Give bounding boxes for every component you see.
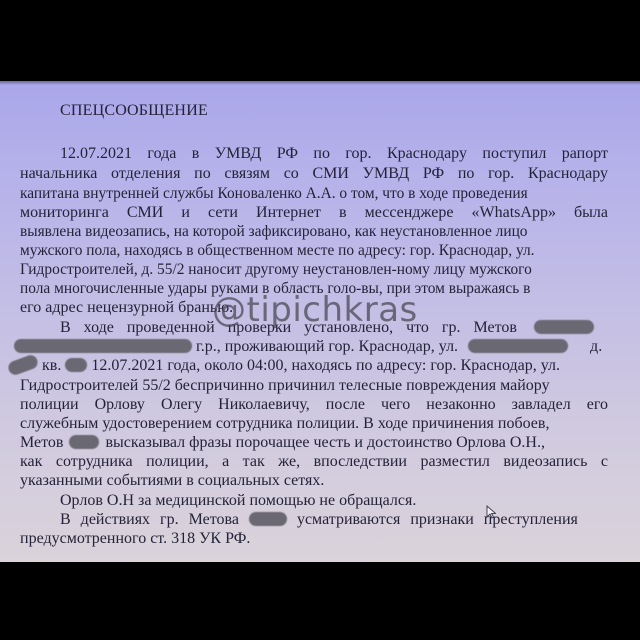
document-title: СПЕЦСООБЩЕНИЕ <box>60 101 208 120</box>
paragraph-line: В действиях гр. Метова усматриваются при… <box>60 510 578 529</box>
line-text: кв. <box>42 357 61 374</box>
paragraph-line: Метов высказывал фразы порочащее честь и… <box>20 433 545 452</box>
redaction <box>7 353 40 376</box>
paragraph-line: Гидростроителей 55/2 беспричинно причини… <box>20 376 550 395</box>
paragraph-line: служебным удостоверением сотрудника поли… <box>20 414 549 433</box>
redaction <box>14 339 192 353</box>
paragraph-line: капитана внутренней службы Коноваленко А… <box>20 184 528 203</box>
paragraph-line: кв. 12.07.2021 года, около 04:00, находя… <box>8 356 560 375</box>
redaction <box>249 512 287 526</box>
line-text: Метов <box>20 434 63 451</box>
line-text: В действиях гр. Метова <box>60 511 239 528</box>
paragraph-line: выявлена видеозапись, на которой зафикси… <box>20 222 528 241</box>
paragraph-line: г.р., проживающий гор. Краснодар, ул. д. <box>14 337 608 356</box>
paragraph-line: 12.07.2021 года в УМВД РФ по гор. Красно… <box>20 144 608 163</box>
paragraph-line: его адрес нецензурной бранью. <box>20 298 233 317</box>
document-photo: СПЕЦСООБЩЕНИЕ 12.07.2021 года в УМВД РФ … <box>0 81 640 562</box>
paragraph-line: полиции Орлову Олегу Николаевичу, после … <box>20 395 608 414</box>
line-text: д. <box>590 338 602 355</box>
redaction <box>69 435 99 449</box>
paragraph-line: начальника отделения по связям со СМИ УМ… <box>20 164 608 183</box>
redaction <box>534 320 594 334</box>
paragraph-line: предусмотренного ст. 318 УК РФ. <box>20 529 250 548</box>
line-text: г.р., проживающий гор. Краснодар, ул. <box>196 338 458 355</box>
mouse-cursor-icon <box>486 505 496 519</box>
paragraph-line: указанными событиями в социальных сетях. <box>20 471 324 490</box>
watermark: @tipichkras <box>212 290 418 330</box>
line-text: 12.07.2021 года, около 04:00, находясь п… <box>91 357 560 374</box>
paragraph-line: как сотрудника полиции, а так же, впосле… <box>20 452 608 471</box>
paragraph-line: мониторинга СМИ и сети Интернет в мессен… <box>20 203 608 222</box>
paragraph-line: Гидростроителей, д. 55/2 наносит другому… <box>20 260 532 279</box>
line-text: усматриваются признаки преступления <box>297 511 578 528</box>
paragraph-line: Орлов О.Н за медицинской помощью не обра… <box>60 491 416 510</box>
redaction <box>65 358 87 372</box>
paragraph-line: мужского пола, находясь в общественном м… <box>20 241 535 260</box>
line-text: высказывал фразы порочащее честь и досто… <box>105 434 545 451</box>
redaction <box>468 339 568 353</box>
